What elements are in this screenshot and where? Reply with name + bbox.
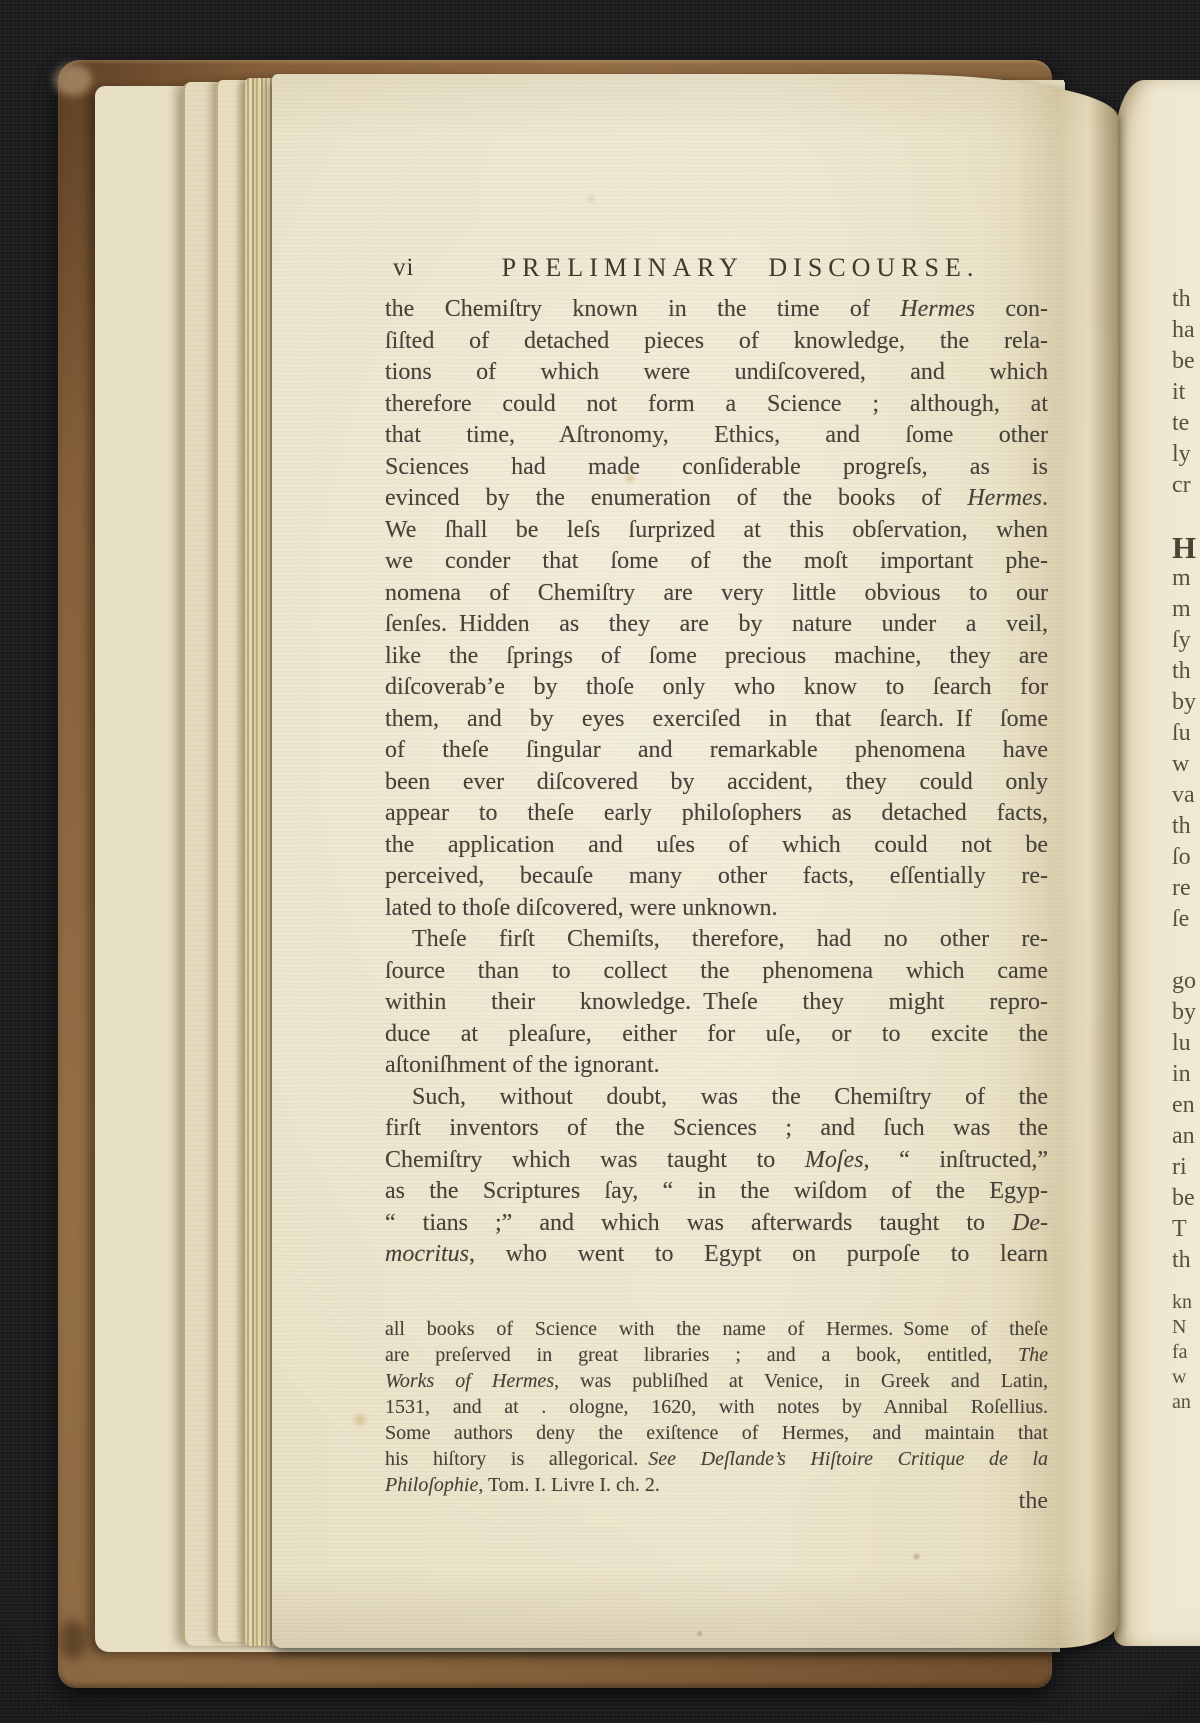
- page-header: vi PRELIMINARY DISCOURSE.: [385, 252, 1048, 283]
- facing-line: be: [1172, 346, 1200, 377]
- body-line: therefore could not form a Science ; alt…: [385, 389, 1048, 421]
- body-line: Theſe firſt Chemiſts, therefore, had no …: [385, 924, 1048, 956]
- book-photo: th ha be it te ly cr H m m ſy th by ſu w…: [0, 0, 1200, 1723]
- body-line: Such, without doubt, was the Chemiſtry o…: [385, 1082, 1048, 1114]
- cover-scuff: [60, 1620, 86, 1660]
- body-line: the application and uſes of which could …: [385, 830, 1048, 862]
- body-line: firſt inventors of the Sciences ; and ſu…: [385, 1113, 1048, 1145]
- body-line: perceived, becauſe many other facts, eſſ…: [385, 861, 1048, 893]
- footnote: all books of Science with the name of He…: [385, 1316, 1048, 1498]
- body-line: We ſhall be leſs ſurprized at this obſer…: [385, 515, 1048, 547]
- body-line: diſcoverab’e by thoſe only who know to ſ…: [385, 672, 1048, 704]
- body-line: Sciences had made conſiderable progreſs,…: [385, 452, 1048, 484]
- facing-line: w: [1172, 749, 1200, 780]
- page-number: vi: [393, 252, 414, 283]
- body-line: lated to thoſe diſcovered, were unknown.: [385, 893, 1048, 925]
- facing-line: by: [1172, 687, 1200, 718]
- facing-line: lu: [1172, 1028, 1200, 1059]
- facing-line: ſe: [1172, 904, 1200, 935]
- facing-line: ha: [1172, 315, 1200, 346]
- body-line: them, and by eyes exerciſed in that ſear…: [385, 704, 1048, 736]
- footnote-line: Some authors deny the exiſtence of Herme…: [385, 1420, 1048, 1446]
- facing-line-blank: [1172, 501, 1200, 532]
- facing-line: en: [1172, 1090, 1200, 1121]
- body-line: aſtoniſhment of the ignorant.: [385, 1050, 1048, 1082]
- body-line: evinced by the enumeration of the books …: [385, 483, 1048, 515]
- facing-line: ly: [1172, 439, 1200, 470]
- body-line: “ tians ;” and which was afterwards taug…: [385, 1208, 1048, 1240]
- footnote-line: all books of Science with the name of He…: [385, 1316, 1048, 1342]
- facing-chapter-initial: H: [1172, 532, 1200, 563]
- facing-line: th: [1172, 284, 1200, 315]
- body-line: ſource than to collect the phenomena whi…: [385, 956, 1048, 988]
- facing-line: te: [1172, 408, 1200, 439]
- facing-line: an: [1172, 1121, 1200, 1152]
- footnote-line: Works of Hermes, was publiſhed at Venice…: [385, 1368, 1048, 1394]
- facing-footnote-line: kn: [1172, 1290, 1200, 1315]
- page-content: vi PRELIMINARY DISCOURSE. the Chemiſtry …: [385, 74, 1048, 1514]
- facing-line-blank: [1172, 935, 1200, 966]
- body-line: ſenſes. Hidden as they are by nature und…: [385, 609, 1048, 641]
- body-line: of theſe ſingular and remarkable phenome…: [385, 735, 1048, 767]
- facing-line: th: [1172, 1245, 1200, 1276]
- facing-line: ri: [1172, 1152, 1200, 1183]
- footnote-line: his hiſtory is allegorical. See Deſlande…: [385, 1446, 1048, 1472]
- facing-line: ſu: [1172, 718, 1200, 749]
- facing-line: th: [1172, 811, 1200, 842]
- paper-stain: [350, 1412, 370, 1427]
- facing-footnote-line: fa: [1172, 1340, 1200, 1365]
- facing-footnote-line: N: [1172, 1315, 1200, 1340]
- facing-line: ſo: [1172, 842, 1200, 873]
- body-line: been ever diſcovered by accident, they c…: [385, 767, 1048, 799]
- body-line: as the Scriptures ſay, “ in the wiſdom o…: [385, 1176, 1048, 1208]
- paper-stain: [696, 1630, 703, 1637]
- facing-line: m: [1172, 594, 1200, 625]
- body-line: duce at pleaſure, either for uſe, or to …: [385, 1019, 1048, 1051]
- facing-line: re: [1172, 873, 1200, 904]
- facing-line: th: [1172, 656, 1200, 687]
- body-line: Chemiſtry which was taught to Moſes, “ i…: [385, 1145, 1048, 1177]
- running-head: PRELIMINARY DISCOURSE.: [385, 252, 1048, 283]
- body-text: the Chemiſtry known in the time of Herme…: [385, 294, 1048, 1271]
- body-line: within their knowledge. Theſe they might…: [385, 987, 1048, 1019]
- facing-line: cr: [1172, 470, 1200, 501]
- body-line: ſiſted of detached pieces of knowledge, …: [385, 326, 1048, 358]
- facing-line: it: [1172, 377, 1200, 408]
- facing-footnote-line: w: [1172, 1365, 1200, 1390]
- page-edge-stack: [243, 78, 273, 1646]
- facing-footnote: kn N fa w an: [1172, 1290, 1200, 1415]
- body-line: mocritus, who went to Egypt on purpoſe t…: [385, 1239, 1048, 1271]
- facing-line: ſy: [1172, 625, 1200, 656]
- body-line: nomena of Chemiſtry are very little obvi…: [385, 578, 1048, 610]
- body-line: like the ſprings of ſome precious machin…: [385, 641, 1048, 673]
- footnote-line: 1531, and at . ologne, 1620, with notes …: [385, 1394, 1048, 1420]
- facing-line: be: [1172, 1183, 1200, 1214]
- cover-scuff: [54, 64, 92, 96]
- body-line: we conder that ſome of the moſt importan…: [385, 546, 1048, 578]
- photo-background: { "photo": { "background_color": "#1c1c1…: [0, 0, 1200, 1723]
- paper-stain: [912, 1552, 921, 1561]
- body-line: the Chemiſtry known in the time of Herme…: [385, 294, 1048, 326]
- facing-line: go: [1172, 966, 1200, 997]
- facing-line: va: [1172, 780, 1200, 811]
- facing-line: m: [1172, 563, 1200, 594]
- facing-line: T: [1172, 1214, 1200, 1245]
- facing-footnote-line: an: [1172, 1390, 1200, 1415]
- body-line: that time, Aſtronomy, Ethics, and ſome o…: [385, 420, 1048, 452]
- facing-page-text: th ha be it te ly cr H m m ſy th by ſu w…: [1172, 284, 1200, 1415]
- book-page: vi PRELIMINARY DISCOURSE. the Chemiſtry …: [272, 74, 1118, 1648]
- facing-line: by: [1172, 997, 1200, 1028]
- body-line: tions of which were undiſcovered, and wh…: [385, 357, 1048, 389]
- facing-page: th ha be it te ly cr H m m ſy th by ſu w…: [1114, 80, 1200, 1646]
- footnote-line: are preſerved in great libraries ; and a…: [385, 1342, 1048, 1368]
- facing-line: in: [1172, 1059, 1200, 1090]
- body-line: appear to theſe early philoſophers as de…: [385, 798, 1048, 830]
